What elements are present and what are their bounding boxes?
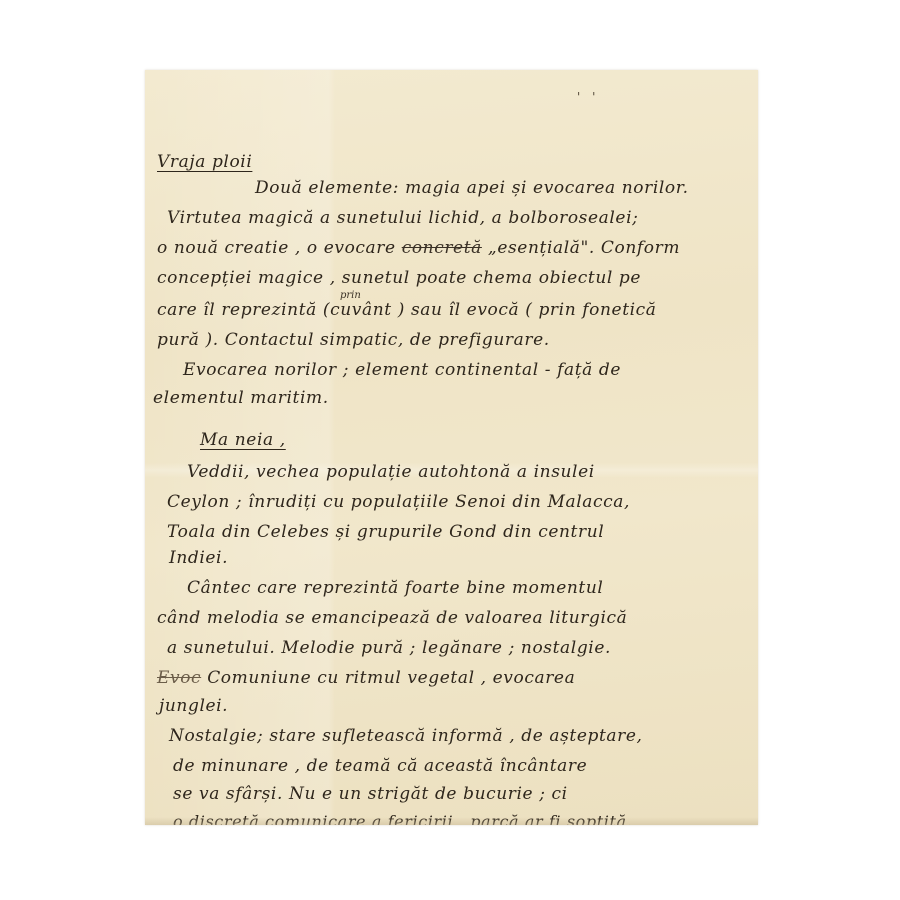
text-line: de minunare , de teamă că această încânt… — [173, 756, 587, 776]
text-line: Cântec care reprezintă foarte bine momen… — [187, 578, 603, 598]
scan-background: ' ' Vraja ploii Două elemente: magia ape… — [0, 0, 900, 900]
text-fragment: o nouă creatie , o evocare — [157, 238, 396, 258]
text-fragment: „esențială". Conform — [488, 238, 680, 258]
text-line: Virtutea magică a sunetului lichid, a bo… — [167, 208, 638, 228]
text-line: Evoc Comuniune cu ritmul vegetal , evoca… — [157, 668, 575, 688]
struck-word: concretă — [402, 238, 482, 258]
manuscript-page: ' ' Vraja ploii Două elemente: magia ape… — [145, 70, 758, 825]
text-line: pură ). Contactul simpatic, de prefigura… — [157, 330, 550, 350]
text-line: Evocarea norilor ; element continental -… — [183, 360, 621, 380]
text-line: Ceylon ; înrudiți cu populațiile Senoi d… — [167, 492, 630, 512]
text-line: elementul maritim. — [153, 388, 329, 408]
text-line: a sunetului. Melodie pură ; legănare ; n… — [167, 638, 611, 658]
text-line: Indiei. — [169, 548, 228, 568]
corner-mark: ' ' — [577, 90, 599, 104]
text-line: Veddii, vechea populație autohtonă a ins… — [187, 462, 595, 482]
text-line: Toala din Celebes și grupurile Gond din … — [167, 522, 604, 542]
text-line: Nostalgie; stare sufletească informă , d… — [169, 726, 643, 746]
text-fragment: Comuniune cu ritmul vegetal , evocarea — [207, 668, 575, 688]
text-line: se va sfârși. Nu e un strigăt de bucurie… — [173, 784, 568, 804]
text-line: o discretă comunicare a fericirii , parc… — [173, 812, 632, 825]
text-fragment: care îl reprezintă ( — [157, 300, 330, 320]
text-line: o nouă creatie , o evocare concretă „ese… — [157, 238, 680, 258]
interlinear-insertion: prin — [340, 290, 361, 301]
section-title-vraja-ploii: Vraja ploii — [157, 152, 252, 172]
section-title-ma-neia: Ma neia , — [200, 430, 286, 450]
text-line: Două elemente: magia apei și evocarea no… — [255, 178, 689, 198]
text-line: care îl reprezintă (cuvânt ) sau îl evoc… — [157, 300, 657, 320]
text-line: concepției magice , sunetul poate chema … — [157, 268, 641, 288]
text-fragment: cuvânt ) sau îl evocă ( prin fonetică — [330, 300, 656, 320]
text-line: junglei. — [159, 696, 228, 716]
struck-word: Evoc — [157, 668, 201, 688]
text-line: când melodia se emancipează de valoarea … — [157, 608, 627, 628]
